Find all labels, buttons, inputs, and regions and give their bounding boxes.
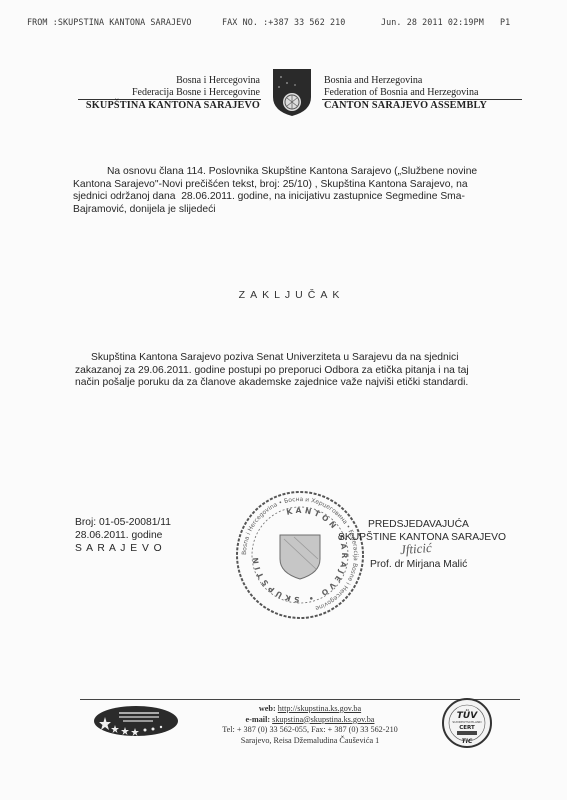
letterhead-right: Bosnia and Herzegovina Federation of Bos… <box>324 75 478 99</box>
conclusion-line: zakazanoj za 29.06.2011. godine postupi … <box>75 365 535 378</box>
letterhead-left-federation: Federacija Bosne i Hercegovine <box>132 87 260 99</box>
document-title: ZAKLJUČAK <box>0 289 567 301</box>
footer-address: Sarajevo, Reisa Džemaludina Čauševića 1 <box>160 736 460 747</box>
footer-contact: web: http://skupstina.ks.gov.ba e-mail: … <box>160 704 460 746</box>
preamble: Na osnovu člana 114. Poslovnika Skupštin… <box>73 166 533 216</box>
web-link[interactable]: http://skupstina.ks.gov.ba <box>278 704 361 713</box>
letterhead-left: Bosna i Hercegovina Federacija Bosne i H… <box>132 75 260 99</box>
letterhead-right-federation: Federation of Bosnia and Herzegovina <box>324 87 478 99</box>
signature-role-1: PREDSJEDAVAJUĆA <box>368 518 469 531</box>
conclusion-line: Skupština Kantona Sarajevo poziva Senat … <box>75 352 535 365</box>
fax-page: P1 <box>500 17 510 27</box>
web-label: web: <box>259 704 276 713</box>
tuv-sub: SUDDEUTSCHLAND <box>452 720 482 724</box>
preamble-line: sjednici održanoj dana 28.06.2011. godin… <box>73 191 533 204</box>
letterhead-left-country: Bosna i Hercegovina <box>132 75 260 87</box>
letterhead-left-institution: SKUPŠTINA KANTONA SARAJEVO <box>86 100 260 112</box>
tuv-bottom: TIC <box>462 738 473 745</box>
letterhead-right-country: Bosnia and Herzegovina <box>324 75 478 87</box>
tuv-cert: CERT <box>459 725 475 731</box>
reference-block: Broj: 01-05-20081/11 28.06.2011. godine … <box>75 516 171 555</box>
reference-number: Broj: 01-05-20081/11 <box>75 516 171 529</box>
reference-date: 28.06.2011. godine <box>75 529 171 542</box>
tuv-cert-icon: TÜV SUDDEUTSCHLAND CERT TIC <box>441 697 493 749</box>
conclusion-line: način pošalje poruku da za članove akade… <box>75 377 535 390</box>
official-seal-icon: Bosna i Hercegovina • Босна и Херцеговин… <box>234 489 366 621</box>
reference-place: S A R A J E V O <box>75 542 171 555</box>
email-link[interactable]: skupstina@skupstina.ks.gov.ba <box>272 715 374 724</box>
fax-datetime: Jun. 28 2011 02:19PM <box>381 17 484 27</box>
handwritten-signature: Jfticić <box>399 540 432 558</box>
conclusion: Skupština Kantona Sarajevo poziva Senat … <box>75 352 535 390</box>
letterhead-right-institution: CANTON SARAJEVO ASSEMBLY <box>324 100 487 112</box>
coat-of-arms-icon <box>271 67 313 117</box>
fax-number: FAX NO. :+387 33 562 210 <box>222 17 345 27</box>
email-label: e-mail: <box>246 715 271 724</box>
footer-phone: Tel: + 387 (0) 33 562-055, Fax: + 387 (0… <box>160 725 460 736</box>
preamble-line: Kantona Sarajevo"-Novi prečišćen tekst, … <box>73 179 533 192</box>
preamble-line: Na osnovu člana 114. Poslovnika Skupštin… <box>73 166 533 179</box>
preamble-line: Bajramović, donijela je slijedeći <box>73 204 533 217</box>
signatory-name: Prof. dr Mirjana Malić <box>370 559 467 572</box>
fax-from: FROM :SKUPSTINA KANTONA SARAJEVO <box>27 17 192 27</box>
